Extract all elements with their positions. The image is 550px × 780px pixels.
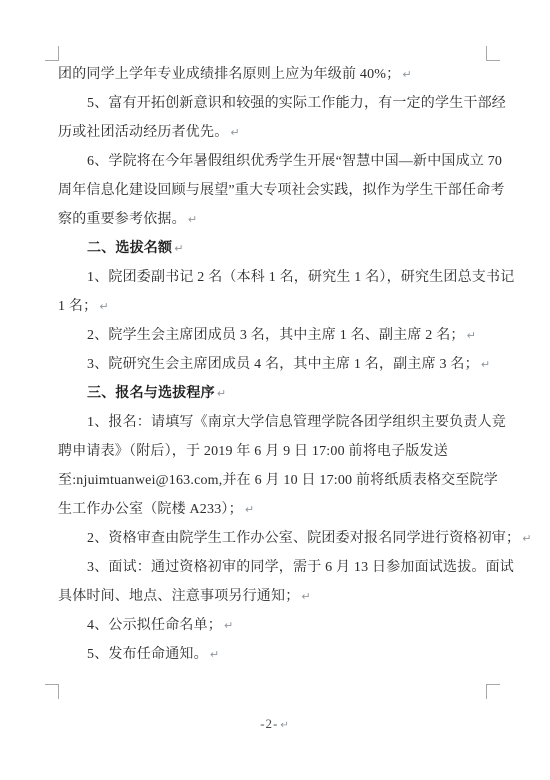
text-run: 6、学院将在今年暑假组织优秀学生开展“智慧中国—新中国成立 70 [87,154,502,169]
text-run: 5、富有开拓创新意识和较强的实际工作能力，有一定的学生干部经 [87,96,506,111]
text-line: 1、院团委副书记 2 名（本科 1 名，研究生 1 名），研究生团总支书记 [58,263,488,292]
text-run: 历或社团活动经历者优先。 [58,125,228,140]
text-line: 具体时间、地点、注意事项另行通知；↵ [58,582,488,611]
paragraph-mark-icon: ↵ [402,68,411,81]
page-number: -2-↵ [0,716,550,732]
text-run: 3、面试：通过资格初审的同学，需于 6 月 13 日参加面试选拔。面试 [87,560,514,575]
text-run: 3、院研究生会主席团成员 4 名，其中主席 1 名，副主席 3 名； [87,357,479,372]
text-run: 5、发布任命通知。 [87,647,208,662]
paragraph-mark-icon: ↵ [99,300,108,313]
text-run: 至:njuimtuanwei@163.com,并在 6 月 10 日 17:00… [58,473,498,488]
document-lines: 团的同学上学年专业成绩排名原则上应为年级前 40%；↵5、富有开拓创新意识和较强… [58,60,488,669]
text-boundary-mark-bottom-left [45,684,59,699]
text-line: 5、发布任命通知。↵ [58,640,488,669]
text-run: 1 名； [58,299,97,314]
text-run: 2、院学生会主席团成员 3 名，其中主席 1 名、副主席 2 名； [87,328,465,343]
text-boundary-mark-bottom-right [486,684,500,699]
paragraph-mark-icon: ↵ [224,619,233,632]
text-line: 聘申请表》（附后），于 2019 年 6 月 9 日 17:00 前将电子版发送 [58,437,488,466]
text-line: 1、报名：请填写《南京大学信息管理学院各团学组织主要负责人竞 [58,408,488,437]
text-run: 具体时间、地点、注意事项另行通知； [58,589,299,604]
text-line: 4、公示拟任命名单；↵ [58,611,488,640]
text-line: 2、院学生会主席团成员 3 名，其中主席 1 名、副主席 2 名；↵ [58,321,488,350]
text-boundary-mark-top-right [486,46,500,61]
document-page: 团的同学上学年专业成绩排名原则上应为年级前 40%；↵5、富有开拓创新意识和较强… [0,0,550,780]
text-line: 6、学院将在今年暑假组织优秀学生开展“智慧中国—新中国成立 70 [58,147,488,176]
heading-line: 三、报名与选拔程序↵ [58,379,488,408]
text-line: 至:njuimtuanwei@163.com,并在 6 月 10 日 17:00… [58,466,488,495]
text-run: 1、报名：请填写《南京大学信息管理学院各团学组织主要负责人竞 [87,415,506,430]
heading-line: 二、选拔名额↵ [58,234,488,263]
paragraph-mark-icon: ↵ [245,503,254,516]
text-line: 3、院研究生会主席团成员 4 名，其中主席 1 名，副主席 3 名；↵ [58,350,488,379]
text-line: 生工作办公室（院楼 A233）；↵ [58,495,488,524]
paragraph-mark-icon: ↵ [522,532,531,545]
text-run: 周年信息化建设回顾与展望”重大专项社会实践，拟作为学生干部任命考 [58,183,505,198]
text-line: 1 名；↵ [58,292,488,321]
text-run: 1、院团委副书记 2 名（本科 1 名，研究生 1 名），研究生团总支书记 [87,270,514,285]
paragraph-mark-icon: ↵ [230,126,239,139]
text-line: 2、资格审查由院学生工作办公室、院团委对报名同学进行资格初审；↵ [58,524,488,553]
text-run: 4、公示拟任命名单； [87,618,222,633]
text-line: 察的重要参考依据。↵ [58,205,488,234]
paragraph-mark-icon: ↵ [217,387,226,400]
paragraph-mark-icon: ↵ [188,213,197,226]
text-line: 5、富有开拓创新意识和较强的实际工作能力，有一定的学生干部经 [58,89,488,118]
text-run: 团的同学上学年专业成绩排名原则上应为年级前 40%； [58,67,400,82]
text-line: 团的同学上学年专业成绩排名原则上应为年级前 40%；↵ [58,60,488,89]
text-run: 聘申请表》（附后），于 2019 年 6 月 9 日 17:00 前将电子版发送 [58,444,448,459]
paragraph-mark-icon: ↵ [280,720,289,731]
text-run: 2、资格审查由院学生工作办公室、院团委对报名同学进行资格初审； [87,531,520,546]
text-line: 历或社团活动经历者优先。↵ [58,118,488,147]
page-number-label: -2- [260,716,278,731]
paragraph-mark-icon: ↵ [301,590,310,603]
text-run: 察的重要参考依据。 [58,212,186,227]
text-line: 3、面试：通过资格初审的同学，需于 6 月 13 日参加面试选拔。面试 [58,553,488,582]
text-run: 三、报名与选拔程序 [87,386,215,401]
text-line: 周年信息化建设回顾与展望”重大专项社会实践，拟作为学生干部任命考 [58,176,488,205]
text-boundary-mark-top-left [45,46,59,61]
text-run: 二、选拔名额 [87,241,172,256]
paragraph-mark-icon: ↵ [174,242,183,255]
paragraph-mark-icon: ↵ [467,329,476,342]
text-run: 生工作办公室（院楼 A233）； [58,502,243,517]
paragraph-mark-icon: ↵ [210,648,219,661]
paragraph-mark-icon: ↵ [481,358,490,371]
